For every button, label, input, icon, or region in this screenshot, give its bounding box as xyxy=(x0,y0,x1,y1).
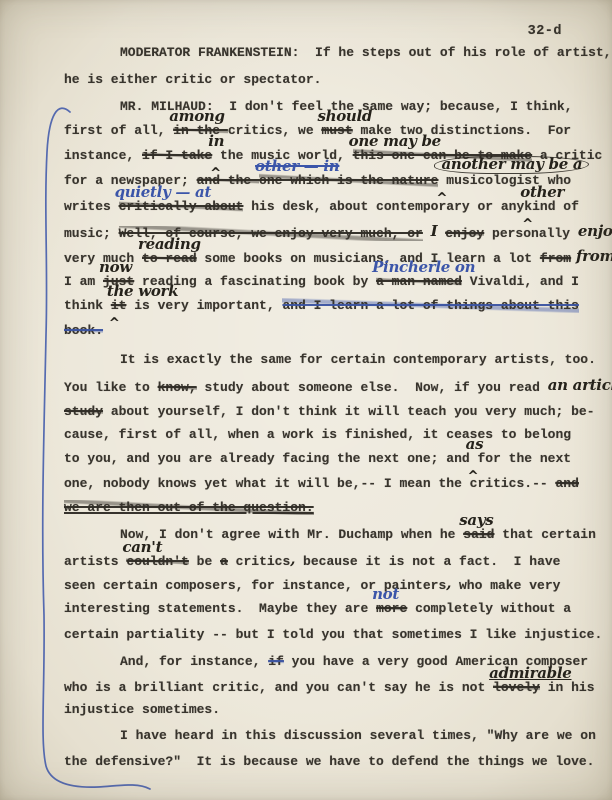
typed-line: seen certain composers, for instance, or… xyxy=(64,572,560,596)
typed-text: because it is not a fact. I have xyxy=(295,554,560,569)
struck-text: said xyxy=(463,527,494,542)
typed-text: some books on musicians, and I learn a l… xyxy=(197,251,540,266)
struck-text: book. xyxy=(64,323,103,338)
struck-text: it xyxy=(111,298,127,313)
typed-line: You like to know, study about someone el… xyxy=(64,374,612,398)
typed-text: I have heard in this discussion several … xyxy=(120,728,596,743)
typed-line: who is a brilliant critic, and you can't… xyxy=(64,676,595,700)
typed-text: artists xyxy=(64,554,126,569)
typed-text: who is a brilliant critic, and you can't… xyxy=(64,680,493,695)
typed-text: injustice sometimes. xyxy=(64,702,220,717)
handwritten-annotation: quietly — at xyxy=(115,185,211,200)
typed-line: certain partiality -- but I told you tha… xyxy=(64,623,602,647)
handwritten-annotation: other xyxy=(520,185,564,200)
typed-text: certain partiality -- but I told you tha… xyxy=(64,627,602,642)
typed-text: be xyxy=(189,554,220,569)
typed-text: is very important, xyxy=(126,298,282,313)
struck-text: if I take xyxy=(142,148,212,163)
typed-text: completely without a xyxy=(407,601,571,616)
handwritten-annotation: in xyxy=(208,134,224,149)
handwritten-annotation: says xyxy=(459,513,493,528)
handwritten-annotation: not xyxy=(372,587,399,602)
struck-text: study xyxy=(64,404,103,419)
caret-mark: ^ xyxy=(109,317,120,330)
handwritten-annotation: now xyxy=(99,260,132,275)
struck-text: from xyxy=(540,251,571,266)
handwritten-text: an article xyxy=(548,376,612,394)
typed-line: we are then out of the question. xyxy=(64,496,314,520)
handwritten-annotation: another may be a xyxy=(434,156,589,174)
typed-text: critics xyxy=(228,554,290,569)
typed-text: personally xyxy=(484,226,578,241)
typed-text: think xyxy=(64,298,111,313)
typed-text: writes xyxy=(64,199,119,214)
handwritten-annotation: as xyxy=(466,437,484,452)
handwritten-text: enjoy xyxy=(578,222,612,240)
struck-text: one which is the nature xyxy=(259,173,438,188)
typed-text xyxy=(423,226,431,241)
typed-text: to you, and you are already facing the n… xyxy=(64,451,470,466)
typed-text: he is either critic or spectator. xyxy=(64,72,321,87)
typed-text: instance, xyxy=(64,148,142,163)
typed-line: the defensive?" It is because we have to… xyxy=(64,750,595,774)
typed-line: one, nobody knows yet what it will be,--… xyxy=(64,472,579,496)
handwritten-text: , xyxy=(446,574,451,592)
typed-text: the defensive?" It is because we have to… xyxy=(64,754,595,769)
typed-line: very much readingto read some books on m… xyxy=(64,245,612,269)
typed-line: artists can'tcouldn't be a critics, beca… xyxy=(64,548,560,572)
typed-text: I am xyxy=(64,274,103,289)
typed-text: Vivaldi, and I xyxy=(462,274,579,289)
struck-text: we are then out of the question. xyxy=(64,500,314,515)
typed-line: he is either critic or spectator. xyxy=(64,68,321,92)
typed-line: interesting statements. Maybe they are n… xyxy=(64,597,571,621)
struck-text: and xyxy=(555,476,578,491)
handwritten-annotation: should xyxy=(317,109,372,124)
typed-text: his desk, about contemporary or any xyxy=(243,199,524,214)
manuscript-page: 32-d MODERATOR FRANKENSTEIN: If he steps… xyxy=(0,0,612,800)
typed-text: kind of xyxy=(524,199,579,214)
struck-text: to read xyxy=(142,251,197,266)
typed-text: cause, first of all, when a work is fini… xyxy=(64,427,571,442)
struck-text: if xyxy=(268,654,284,669)
handwritten-annotation: the work xyxy=(107,284,178,299)
struck-text: lovely xyxy=(493,680,540,695)
handwritten-annotation: can't xyxy=(122,540,162,555)
typed-text: who make very xyxy=(451,578,560,593)
struck-text: couldn't xyxy=(126,554,188,569)
typed-text: study about someone else. Now, if you re… xyxy=(197,380,548,395)
typed-text: You like to xyxy=(64,380,158,395)
handwritten-annotation: reading xyxy=(138,237,201,252)
typed-text: And, for instance, xyxy=(120,654,268,669)
typed-text: in his xyxy=(540,680,595,695)
typed-line: study about yourself, I don't think it w… xyxy=(64,400,595,424)
typed-text: Now, I don't agree with Mr. Duchamp when… xyxy=(120,527,463,542)
typed-line: cause, first of all, when a work is fini… xyxy=(64,423,571,447)
struck-text: a man named xyxy=(376,274,462,289)
typed-line: writes quietly — atcritically about his … xyxy=(64,195,579,219)
handwritten-annotation: other — in xyxy=(255,159,339,174)
typed-text: critics, we xyxy=(228,123,322,138)
struck-text: and I learn a lot of things about this xyxy=(282,298,578,313)
handwritten-text: from the xyxy=(571,247,612,265)
struck-text: a xyxy=(220,554,228,569)
handwritten-annotation: among xyxy=(169,109,225,124)
page-number: 32-d xyxy=(528,24,562,39)
typed-text: one, nobody knows yet what it will be,--… xyxy=(64,476,555,491)
typed-text: It is exactly the same for certain conte… xyxy=(120,352,596,367)
typed-text: first of all, xyxy=(64,123,173,138)
struck-text: enjoy xyxy=(445,226,484,241)
typed-line: injustice sometimes. xyxy=(64,698,220,722)
typed-text: interesting statements. Maybe they are xyxy=(64,601,376,616)
typed-text: MODERATOR FRANKENSTEIN: If he steps out … xyxy=(120,45,611,60)
handwritten-annotation: one may be xyxy=(349,134,441,149)
handwritten-text: I xyxy=(431,222,438,240)
typed-text: music; xyxy=(64,226,119,241)
typed-line: MODERATOR FRANKENSTEIN: If he steps out … xyxy=(64,41,611,65)
typed-line: book. xyxy=(64,319,103,343)
typed-text: for the next xyxy=(470,451,571,466)
typed-line: think the work^it is very important, and… xyxy=(64,294,579,318)
struck-text: know, xyxy=(158,380,197,395)
typed-line: I have heard in this discussion several … xyxy=(64,724,596,748)
handwritten-text: , xyxy=(290,550,295,568)
typed-line: to you, and you are already facing the n… xyxy=(64,447,571,471)
typed-text: that certain xyxy=(494,527,595,542)
handwritten-annotation: Pincherle on xyxy=(372,260,475,275)
handwritten-annotation: admirable xyxy=(489,666,571,681)
struck-text: critically about xyxy=(119,199,244,214)
typed-line: It is exactly the same for certain conte… xyxy=(64,348,596,372)
struck-text: more xyxy=(376,601,407,616)
typed-text: about yourself, I don't think it will te… xyxy=(103,404,594,419)
typed-line: first of all, amongin the critics, we sh… xyxy=(64,119,571,143)
